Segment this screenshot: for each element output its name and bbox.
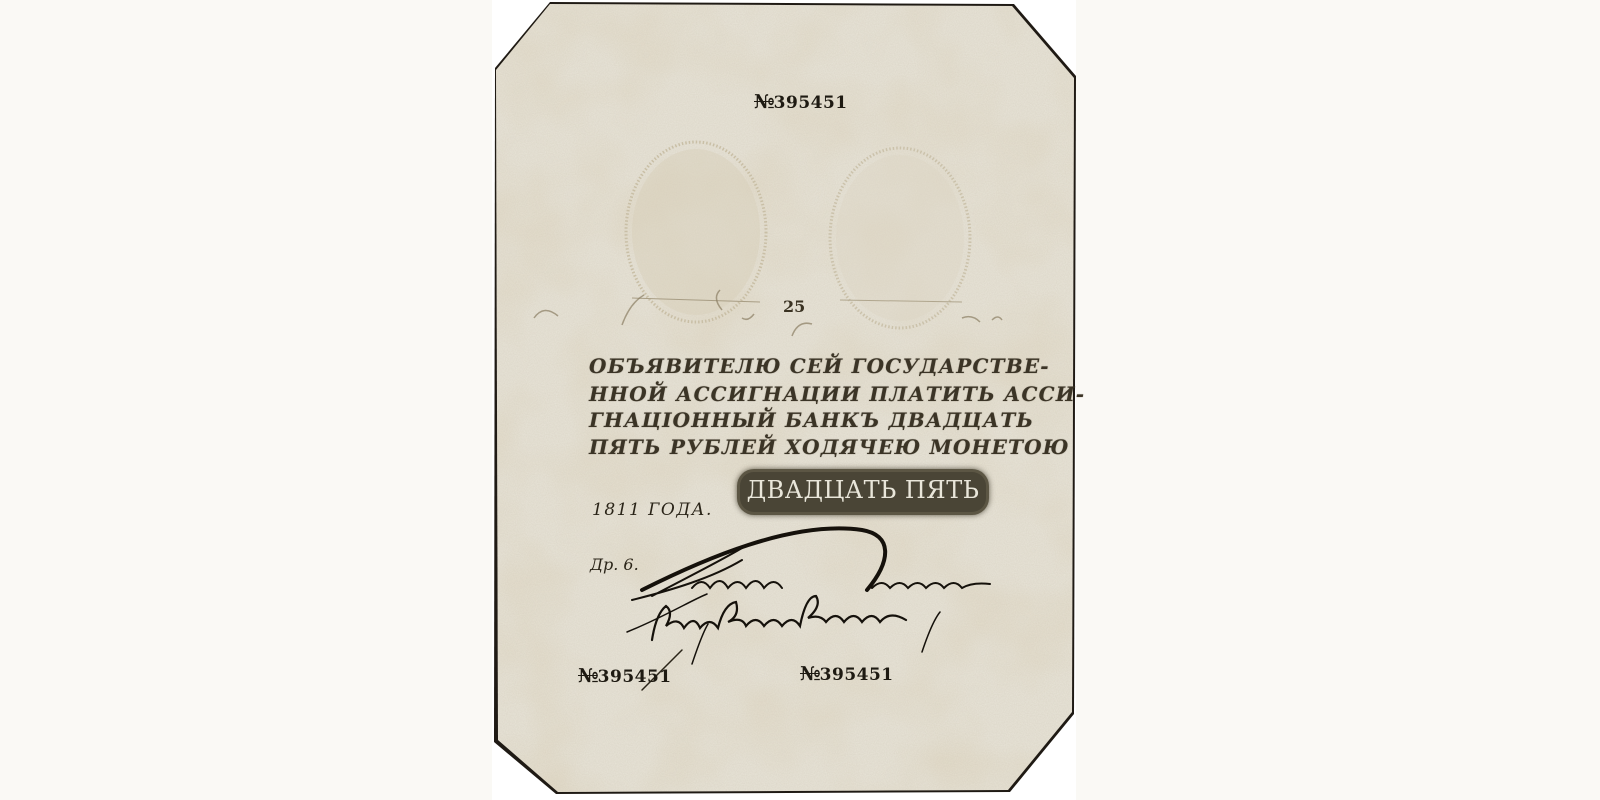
serial-number-top: №395451 [754,91,848,113]
serial-number-bottom-left: №395451 [578,665,672,687]
body-text-line-2: ННОЙ АССИГНАЦИИ ПЛАТИТЬ АССИ- [589,382,1085,406]
body-text-line-4: ПЯТЬ РУБЛЕЙ ХОДЯЧЕЮ МОНЕТОЮ [589,435,1070,459]
clerk-mark: Др. 6. [590,555,639,574]
serial-value: 395451 [598,667,672,687]
denomination-cartouche: ДВАДЦАТЬ ПЯТЬ [740,472,986,512]
image-frame: №395451 25 ОБЪЯВИТЕЛЮ СЕЙ ГОСУДАРСТВЕ- Н… [492,0,1076,800]
numero-sign: № [578,665,598,687]
body-text-line-3: ГНАЦІОННЫЙ БАНКЪ ДВАДЦАТЬ [589,408,1034,432]
numero-sign: № [800,663,820,685]
body-text-line-1: ОБЪЯВИТЕЛЮ СЕЙ ГОСУДАРСТВЕ- [589,354,1050,378]
serial-number-bottom-right: №395451 [800,663,894,685]
serial-value: 395451 [820,665,894,685]
numero-sign: № [754,91,774,113]
banknote: №395451 25 ОБЪЯВИТЕЛЮ СЕЙ ГОСУДАРСТВЕ- Н… [492,0,1076,800]
serial-value: 395451 [774,93,848,113]
year-text: 1811 ГОДА. [592,500,713,520]
denomination-numeral: 25 [783,297,805,316]
cartouche-text: ДВАДЦАТЬ ПЯТЬ [740,476,986,504]
